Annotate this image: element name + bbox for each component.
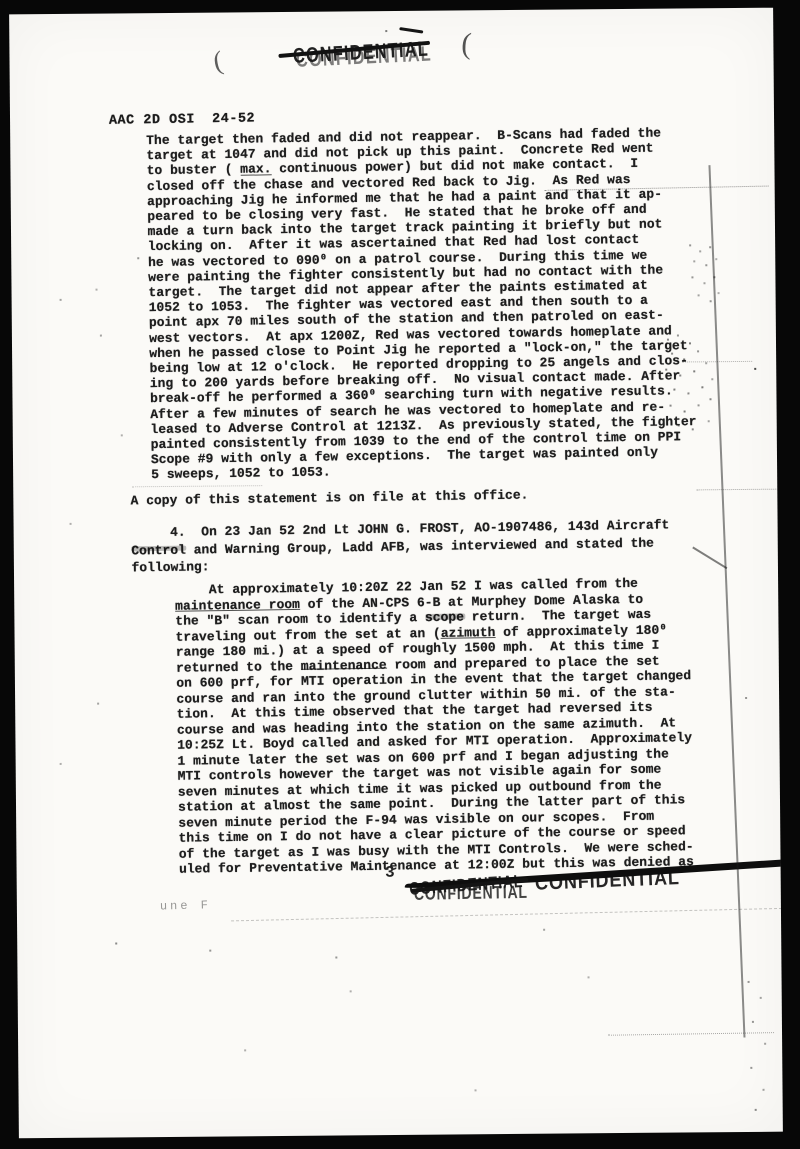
stamp-layer: CONFIDENTIAL CONFIDENTIAL ( ( CONFIDENTI…: [9, 8, 783, 1139]
document-page: AAC 2D OSI 24-52 The target then faded a…: [9, 8, 783, 1139]
scan-dotted-line: [545, 186, 769, 191]
bleedthrough-text: une F: [160, 899, 211, 912]
strikethrough-line-top-end: [399, 27, 423, 34]
scan-noise: [663, 333, 665, 335]
fold-crease-line: [708, 165, 745, 1037]
scan-dotted-line: [696, 489, 783, 491]
scan-noise: [687, 242, 689, 244]
pen-mark-parenthesis: (: [460, 27, 472, 62]
pen-mark-parenthesis: (: [211, 45, 225, 77]
scratch-mark: [692, 547, 727, 570]
scan-dotted-line: [608, 1032, 774, 1036]
scan-dotted-line: [132, 485, 262, 487]
scan-noise: [744, 977, 746, 979]
scanned-document-screenshot: { "header": { "reference": "AAC 2D OSI 2…: [0, 0, 800, 1149]
scan-dotted-line: [231, 908, 783, 922]
